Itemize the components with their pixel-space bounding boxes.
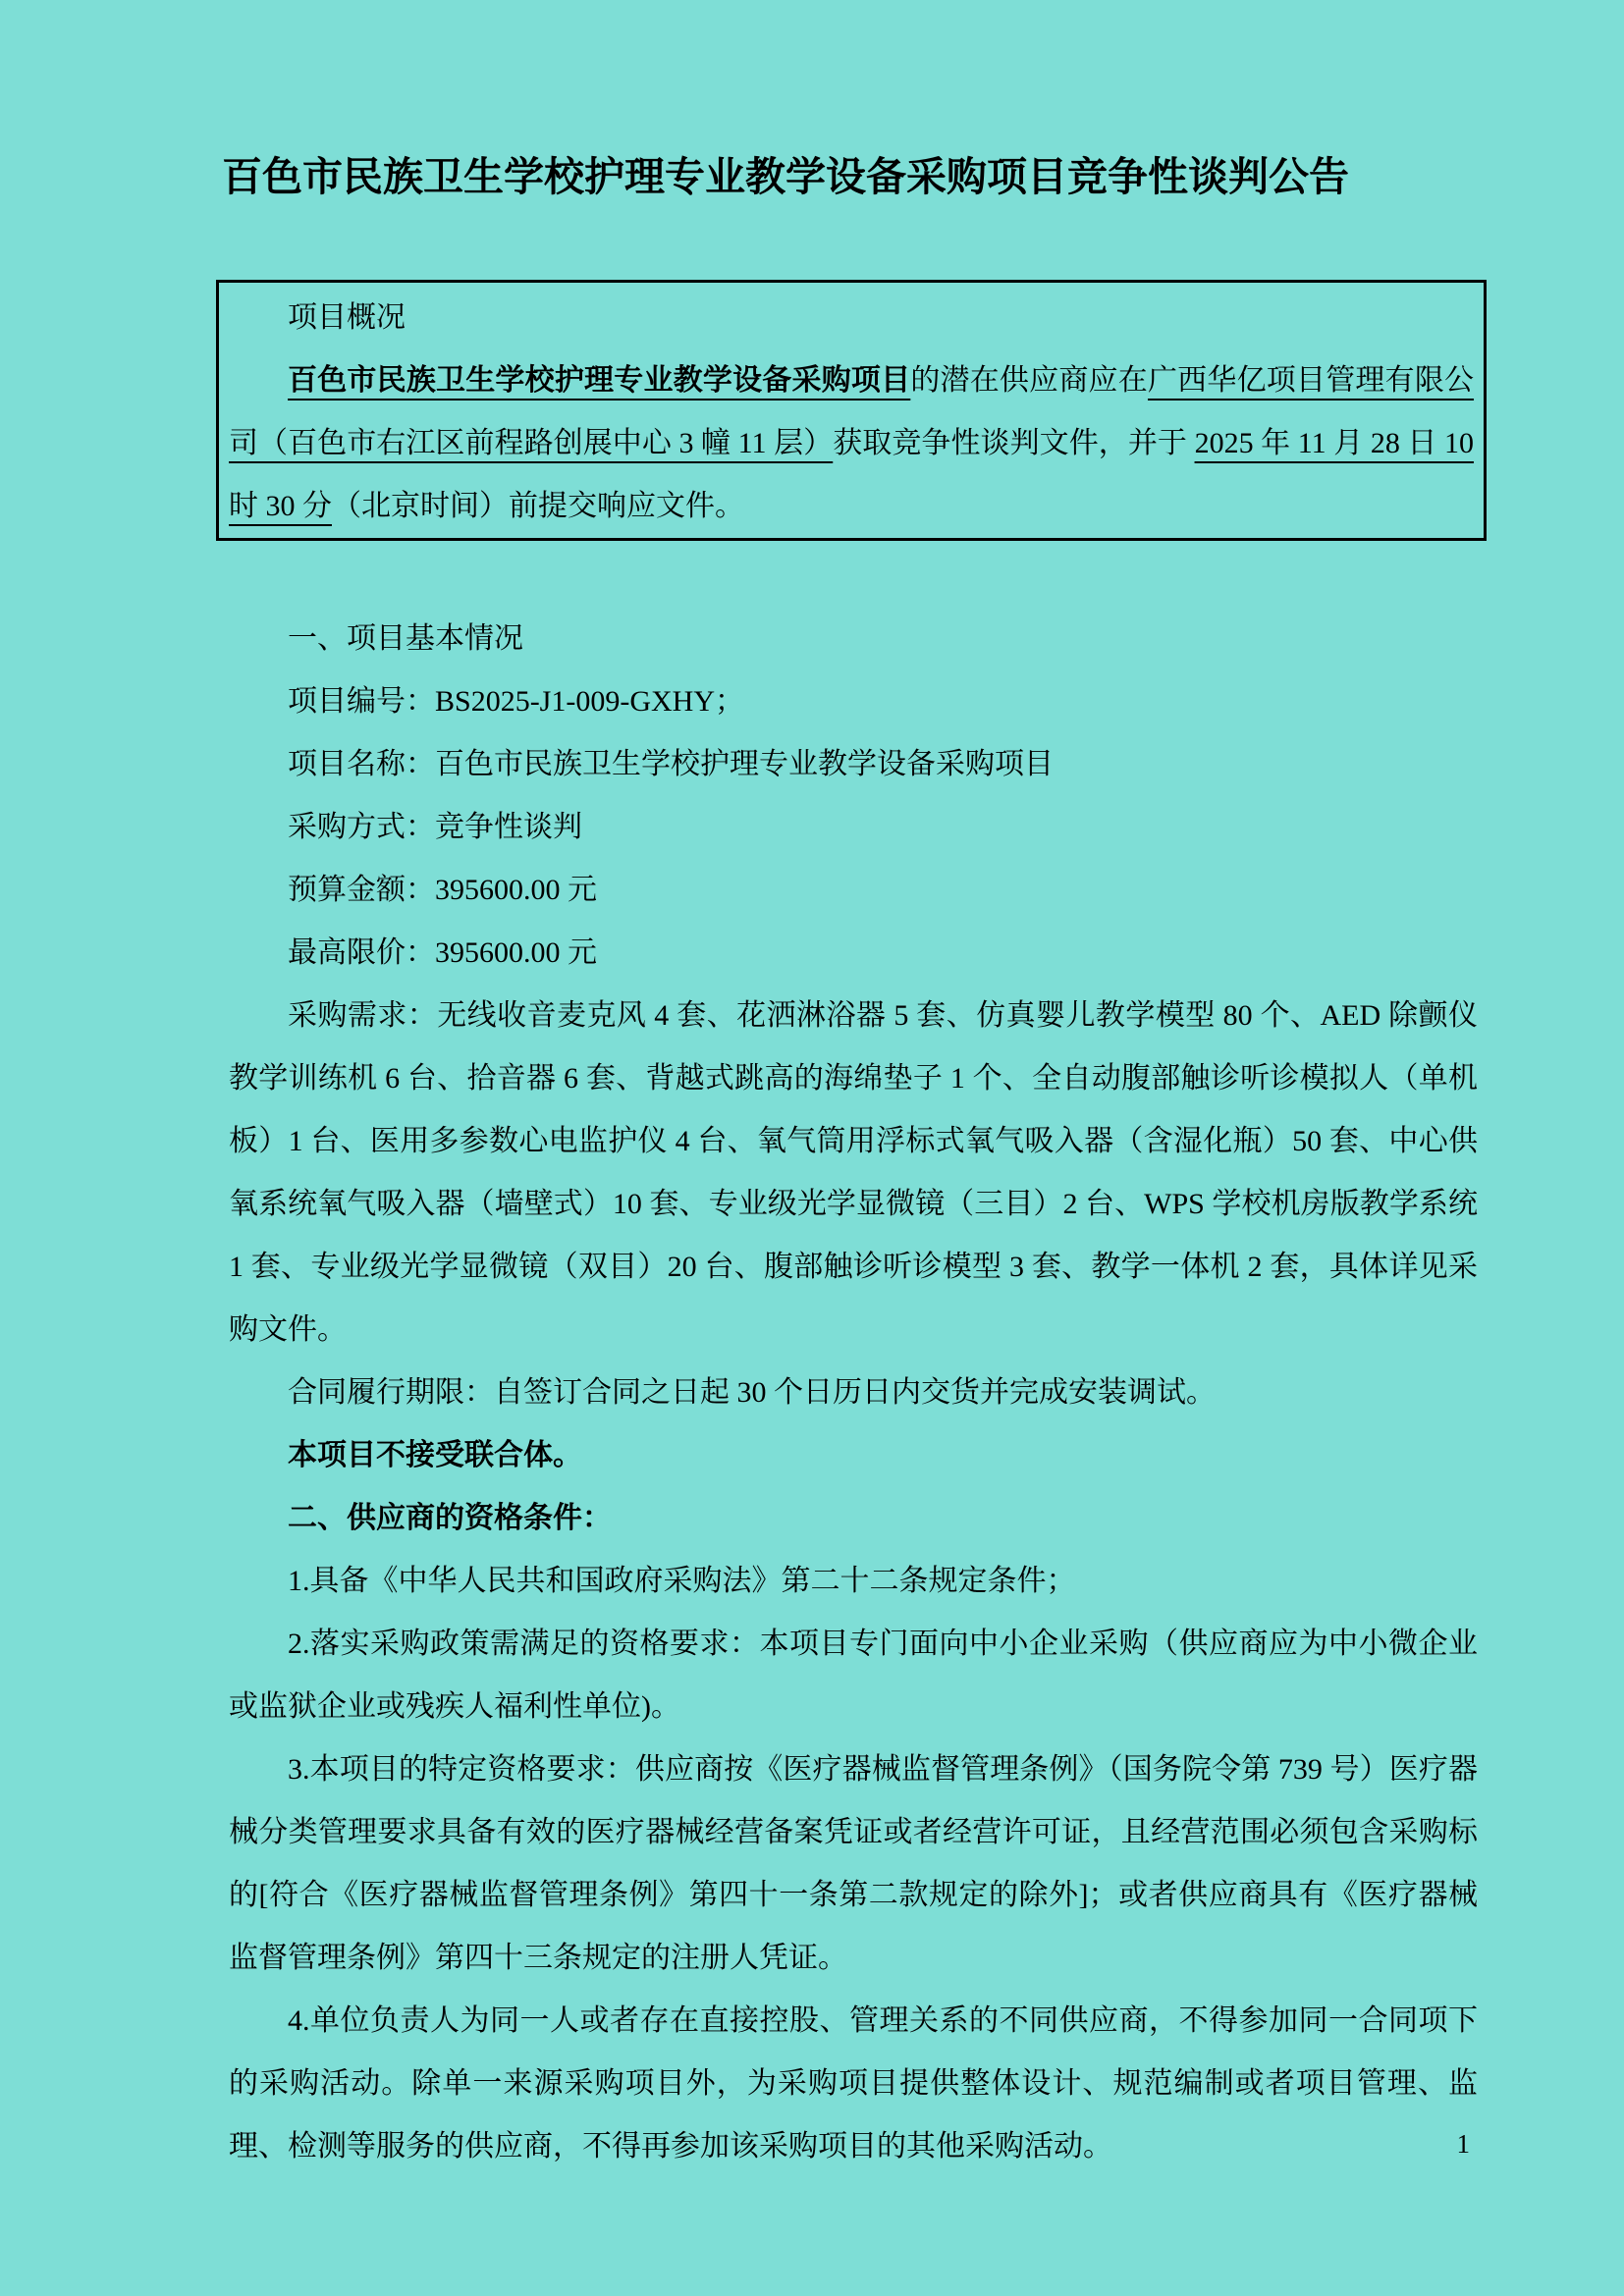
paragraph: 4.单位负责人为同一人或者存在直接控股、管理关系的不同供应商，不得参加同一合同项… xyxy=(229,1990,1478,2178)
overview-segment-3: 获取竞争性谈判文件，并于 xyxy=(833,427,1194,459)
paragraph: 本项目不接受联合体。 xyxy=(229,1424,1478,1487)
overview-segment-5: （北京时间）前提交响应文件。 xyxy=(332,490,744,522)
overview-segment-1: 的潜在供应商应在 xyxy=(910,364,1148,397)
page-number: 1 xyxy=(1457,2128,1471,2160)
paragraph: 项目编号：BS2025-J1-009-GXHY； xyxy=(229,670,1478,733)
overview-heading: 项目概况 xyxy=(229,287,1474,349)
paragraph: 1.具备《中华人民共和国政府采购法》第二十二条规定条件； xyxy=(229,1550,1478,1613)
paragraph: 项目名称：百色市民族卫生学校护理专业教学设备采购项目 xyxy=(229,733,1478,796)
paragraph: 2.落实采购政策需满足的资格要求：本项目专门面向中小企业采购（供应商应为中小微企… xyxy=(229,1613,1478,1738)
page-title: 百色市民族卫生学校护理专业教学设备采购项目竞争性谈判公告 xyxy=(167,0,1404,204)
overview-paragraph: 百色市民族卫生学校护理专业教学设备采购项目的潜在供应商应在广西华亿项目管理有限公… xyxy=(229,349,1474,538)
document-page: 百色市民族卫生学校护理专业教学设备采购项目竞争性谈判公告 项目概况 百色市民族卫… xyxy=(0,0,1624,2296)
paragraph: 合同履行期限：自签订合同之日起 30 个日历日内交货并完成安装调试。 xyxy=(229,1362,1478,1424)
announcement-body: 一、项目基本情况项目编号：BS2025-J1-009-GXHY；项目名称：百色市… xyxy=(229,608,1478,2178)
paragraph: 3.本项目的特定资格要求：供应商按《医疗器械监督管理条例》（国务院令第 739 … xyxy=(229,1738,1478,1990)
overview-segment-0: 百色市民族卫生学校护理专业教学设备采购项目 xyxy=(288,364,910,397)
paragraph: 预算金额：395600.00 元 xyxy=(229,859,1478,922)
project-overview-box: 项目概况 百色市民族卫生学校护理专业教学设备采购项目的潜在供应商应在广西华亿项目… xyxy=(216,280,1487,541)
paragraph: 采购需求：无线收音麦克风 4 套、花洒淋浴器 5 套、仿真婴儿教学模型 80 个… xyxy=(229,985,1478,1362)
paragraph: 一、项目基本情况 xyxy=(229,608,1478,670)
paragraph: 二、供应商的资格条件： xyxy=(229,1487,1478,1550)
paragraph: 采购方式：竞争性谈判 xyxy=(229,796,1478,859)
paragraph: 最高限价：395600.00 元 xyxy=(229,922,1478,985)
